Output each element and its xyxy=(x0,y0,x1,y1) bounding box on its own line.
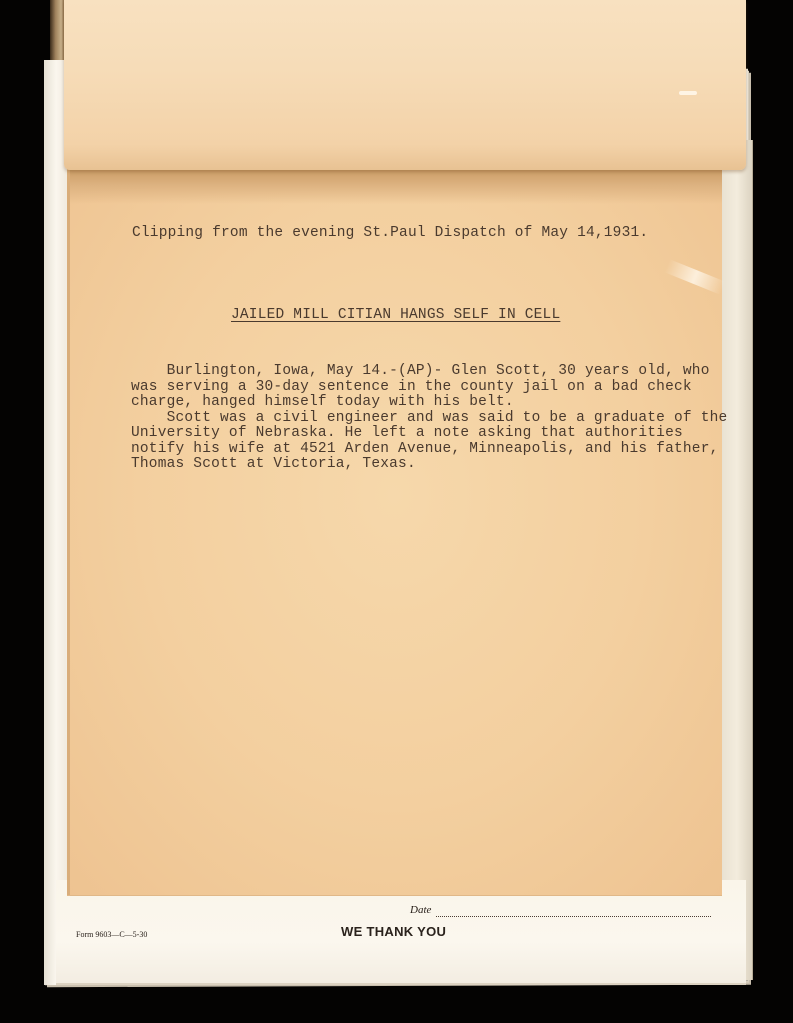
clipping-page xyxy=(67,168,722,895)
binding-edge xyxy=(50,0,64,62)
article-line: Thomas Scott at Victoria, Texas. xyxy=(131,457,711,473)
article-line: University of Nebraska. He left a note a… xyxy=(131,426,711,442)
paper-glint xyxy=(679,91,697,95)
article-line: charge, hanged himself today with his be… xyxy=(131,395,711,411)
scanned-document-scene: Clipping from the evening St.Paul Dispat… xyxy=(0,0,793,1023)
thank-you-text: WE THANK YOU xyxy=(341,924,446,939)
article-line: was serving a 30-day sentence in the cou… xyxy=(131,380,711,396)
page-stack-left-edge xyxy=(44,60,66,985)
form-number: Form 9603—C—5-30 xyxy=(76,930,147,939)
article-headline: JAILED MILL CITIAN HANGS SELF IN CELL xyxy=(231,307,560,323)
article-line: notify his wife at 4521 Arden Avenue, Mi… xyxy=(131,442,711,458)
article-body: Burlington, Iowa, May 14.-(AP)- Glen Sco… xyxy=(131,364,711,473)
article-line: Scott was a civil engineer and was said … xyxy=(131,411,711,427)
article-line: Burlington, Iowa, May 14.-(AP)- Glen Sco… xyxy=(131,364,711,380)
clipping-source-line: Clipping from the evening St.Paul Dispat… xyxy=(132,225,648,241)
curled-top-page xyxy=(64,0,746,170)
date-dotted-line xyxy=(436,916,711,917)
date-label: Date xyxy=(410,904,431,916)
page-stack-right-edge xyxy=(722,140,753,980)
